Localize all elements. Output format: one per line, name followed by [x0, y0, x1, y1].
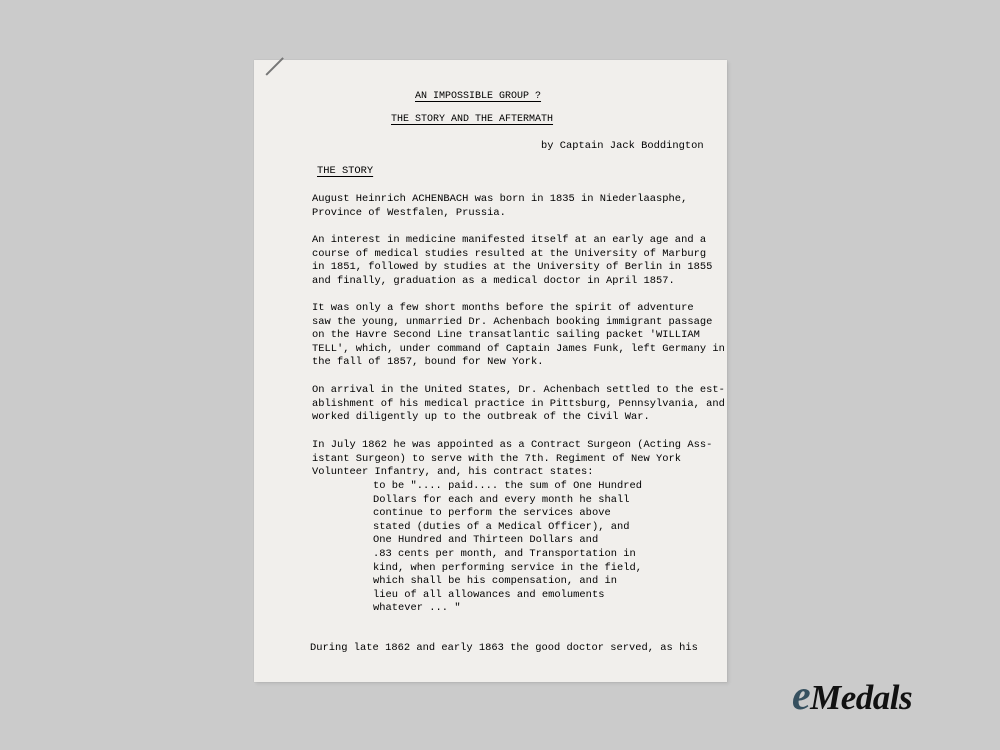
section-heading: THE STORY [317, 165, 373, 177]
paragraph-line: Province of Westfalen, Prussia. [312, 207, 506, 221]
paragraph-line: In July 1862 he was appointed as a Contr… [312, 439, 712, 453]
paragraph-line: ablishment of his medical practice in Pi… [312, 398, 725, 412]
paragraph-line: the fall of 1857, bound for New York. [312, 356, 543, 370]
paragraph-line: On arrival in the United States, Dr. Ach… [312, 384, 725, 398]
quote-line: whatever ... " [373, 602, 461, 616]
quote-line: lieu of all allowances and emoluments [373, 589, 604, 603]
paragraph-line: August Heinrich ACHENBACH was born in 18… [312, 193, 687, 207]
paragraph-line: It was only a few short months before th… [312, 302, 694, 316]
byline: by Captain Jack Boddington [541, 140, 704, 154]
paragraph-line: in 1851, followed by studies at the Univ… [312, 261, 712, 275]
paragraph-line: An interest in medicine manifested itsel… [312, 234, 706, 248]
quote-line: continue to perform the services above [373, 507, 611, 521]
paragraph-line: worked diligently up to the outbreak of … [312, 411, 650, 425]
logo-text: Medals [810, 678, 912, 717]
document-subtitle: THE STORY AND THE AFTERMATH [391, 114, 553, 125]
logo-e: e [792, 673, 810, 719]
quote-line: stated (duties of a Medical Officer), an… [373, 521, 629, 535]
quote-line: Dollars for each and every month he shal… [373, 494, 629, 508]
quote-line: .83 cents per month, and Transportation … [373, 548, 636, 562]
quote-line: kind, when performing service in the fie… [373, 562, 642, 576]
paragraph-line: TELL', which, under command of Captain J… [312, 343, 725, 357]
paragraph-line: course of medical studies resulted at th… [312, 248, 706, 262]
paragraph-line: and finally, graduation as a medical doc… [312, 275, 675, 289]
quote-line: One Hundred and Thirteen Dollars and [373, 534, 598, 548]
quote-line: to be ".... paid.... the sum of One Hund… [373, 480, 642, 494]
paragraph-line: Volunteer Infantry, and, his contract st… [312, 466, 594, 480]
quote-line: which shall be his compensation, and in [373, 575, 617, 589]
emedals-logo: eMedals [792, 672, 912, 720]
paragraph-line: istant Surgeon) to serve with the 7th. R… [312, 453, 681, 467]
paragraph-line: saw the young, unmarried Dr. Achenbach b… [312, 316, 712, 330]
closing-line: During late 1862 and early 1863 the good… [310, 642, 698, 656]
document-title: AN IMPOSSIBLE GROUP ? [415, 91, 541, 102]
paragraph-line: on the Havre Second Line transatlantic s… [312, 329, 700, 343]
